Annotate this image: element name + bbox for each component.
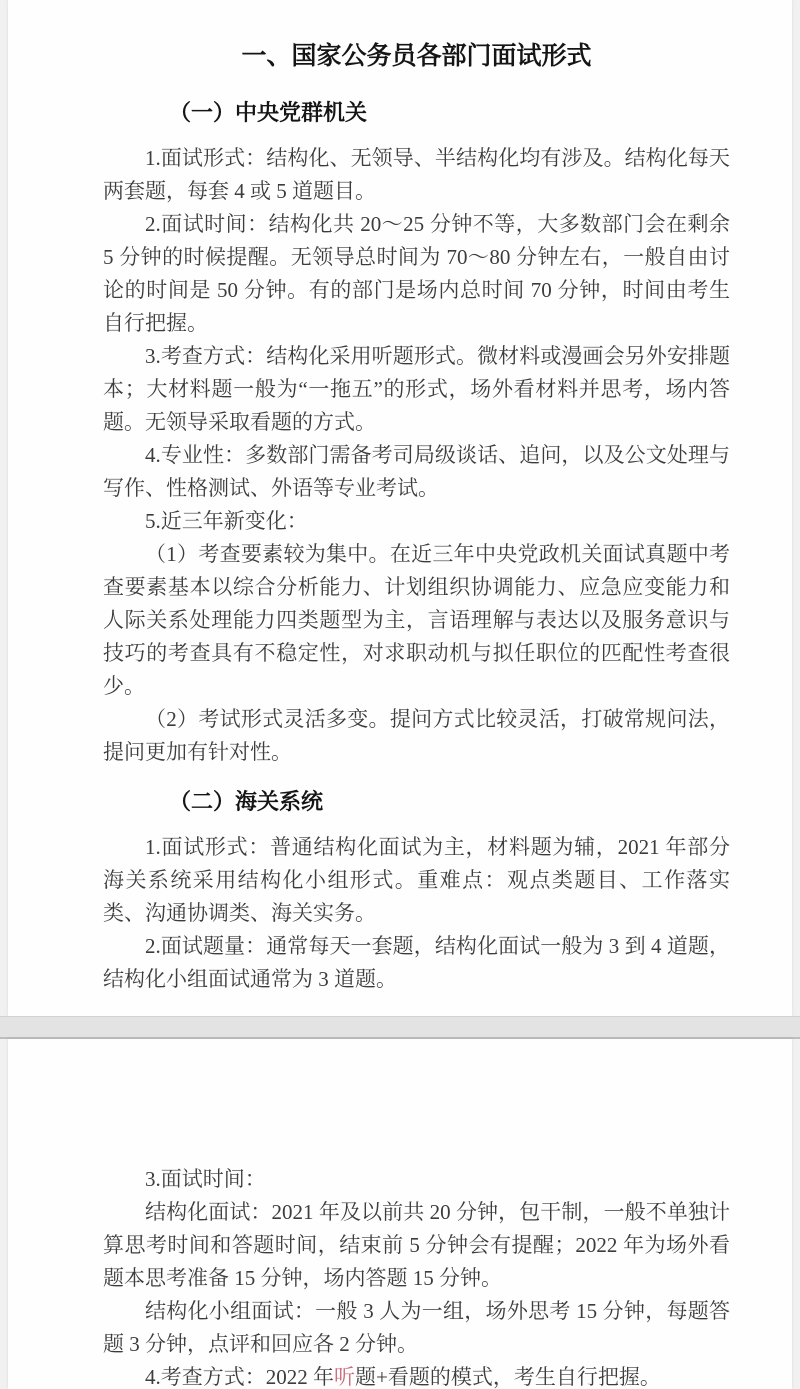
page-2-content: 3.面试时间： 结构化面试：2021 年及以前共 20 分钟，包干制，一般不单独…: [8, 1039, 792, 1389]
paragraph: （1）考查要素较为集中。在近三年中央党政机关面试真题中考查要素基本以综合分析能力…: [103, 538, 730, 703]
section-heading-central-party: （一）中央党群机关: [103, 98, 730, 128]
paragraph: 1.面试形式：普通结构化面试为主，材料题为辅，2021 年部分海关系统采用结构化…: [103, 831, 730, 930]
page-break-band: [0, 1016, 800, 1039]
paragraph: 3.面试时间：: [103, 1163, 730, 1196]
paragraph: 1.面试形式：结构化、无领导、半结构化均有涉及。结构化每天两套题，每套 4 或 …: [103, 142, 730, 208]
paragraph: 2.面试时间：结构化共 20～25 分钟不等，大多数部门会在剩余 5 分钟的时候…: [103, 208, 730, 340]
partial-text-red: 听: [334, 1365, 355, 1389]
paragraph: （2）考试形式灵活多变。提问方式比较灵活，打破常规问法，提问更加有针对性。: [103, 703, 730, 769]
paragraph: 5.近三年新变化：: [103, 505, 730, 538]
partial-text-before: 4.考查方式：2022 年: [145, 1365, 334, 1389]
paragraph: 结构化面试：2021 年及以前共 20 分钟，包干制，一般不单独计算思考时间和答…: [103, 1196, 730, 1295]
paragraph-partial-clipped: 4.考查方式：2022 年听题+看题的模式，考生自行把握。: [103, 1361, 730, 1389]
document-title: 一、国家公务员各部门面试形式: [103, 36, 730, 76]
partial-text-after: 题+看题的模式，考生自行把握。: [355, 1365, 661, 1389]
paragraph: 3.考查方式：结构化采用听题形式。微材料或漫画会另外安排题本；大材料题一般为“一…: [103, 340, 730, 439]
document-viewer[interactable]: 一、国家公务员各部门面试形式 （一）中央党群机关 1.面试形式：结构化、无领导、…: [0, 0, 800, 1389]
paragraph: 结构化小组面试：一般 3 人为一组，场外思考 15 分钟，每题答题 3 分钟，点…: [103, 1295, 730, 1361]
paragraph: 2.面试题量：通常每天一套题，结构化面试一般为 3 到 4 道题，结构化小组面试…: [103, 930, 730, 996]
page-1: 一、国家公务员各部门面试形式 （一）中央党群机关 1.面试形式：结构化、无领导、…: [8, 0, 792, 1016]
section-heading-customs: （二）海关系统: [103, 787, 730, 817]
page-2: 3.面试时间： 结构化面试：2021 年及以前共 20 分钟，包干制，一般不单独…: [8, 1039, 792, 1389]
page-1-content: 一、国家公务员各部门面试形式 （一）中央党群机关 1.面试形式：结构化、无领导、…: [8, 0, 792, 1016]
paragraph: 4.专业性：多数部门需备考司局级谈话、追问，以及公文处理与写作、性格测试、外语等…: [103, 439, 730, 505]
